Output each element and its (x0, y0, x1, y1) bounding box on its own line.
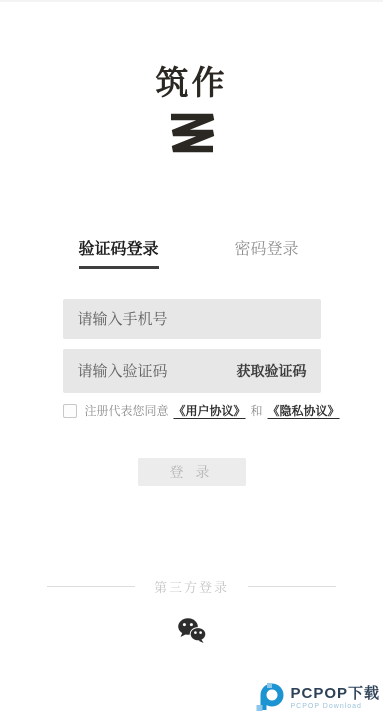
divider-line-right (248, 586, 336, 587)
wechat-icon (176, 616, 208, 645)
brand-block: 筑作 (0, 63, 383, 156)
code-field: 获取验证码 (63, 349, 321, 393)
wechat-login-button[interactable] (176, 616, 208, 648)
third-party-label: 第三方登录 (154, 577, 229, 596)
double-z-logo-icon (168, 112, 216, 156)
login-tabs: 验证码登录 密码登录 (63, 236, 321, 269)
login-screen: 筑作 验证码登录 密码登录 获取验证码 注册代表您同意 《用户协议》 和 《隐私… (0, 0, 383, 720)
phone-input[interactable] (63, 299, 321, 339)
agreement-conjunction-label: 和 (251, 402, 263, 419)
pcpop-title: PCPOP下载 (290, 686, 380, 701)
agreement-checkbox[interactable] (63, 404, 77, 418)
login-button[interactable]: 登 录 (138, 458, 246, 486)
pcpop-text-block: PCPOP下载 PCPOP Download (290, 686, 380, 710)
get-code-button[interactable]: 获取验证码 (237, 361, 307, 381)
privacy-agreement-link[interactable]: 《隐私协议》 (268, 402, 340, 419)
third-party-block: 第三方登录 (0, 577, 383, 648)
agreement-row: 注册代表您同意 《用户协议》 和 《隐私协议》 (63, 402, 321, 419)
tab-password-login[interactable]: 密码登录 (234, 236, 298, 269)
login-form: 获取验证码 注册代表您同意 《用户协议》 和 《隐私协议》 登 录 (63, 299, 321, 486)
pcpop-subtitle: PCPOP Download (290, 703, 380, 710)
third-party-divider: 第三方登录 (0, 577, 383, 596)
agreement-prefix-label: 注册代表您同意 (85, 402, 169, 419)
pcpop-watermark: PCPOP下载 PCPOP Download (255, 682, 380, 714)
pcpop-logo-icon (255, 682, 285, 714)
user-agreement-link[interactable]: 《用户协议》 (174, 402, 246, 419)
brand-name: 筑作 (0, 63, 383, 103)
tab-code-login[interactable]: 验证码登录 (79, 236, 159, 269)
screen-top-edge (0, 0, 383, 2)
divider-line-left (47, 586, 135, 587)
